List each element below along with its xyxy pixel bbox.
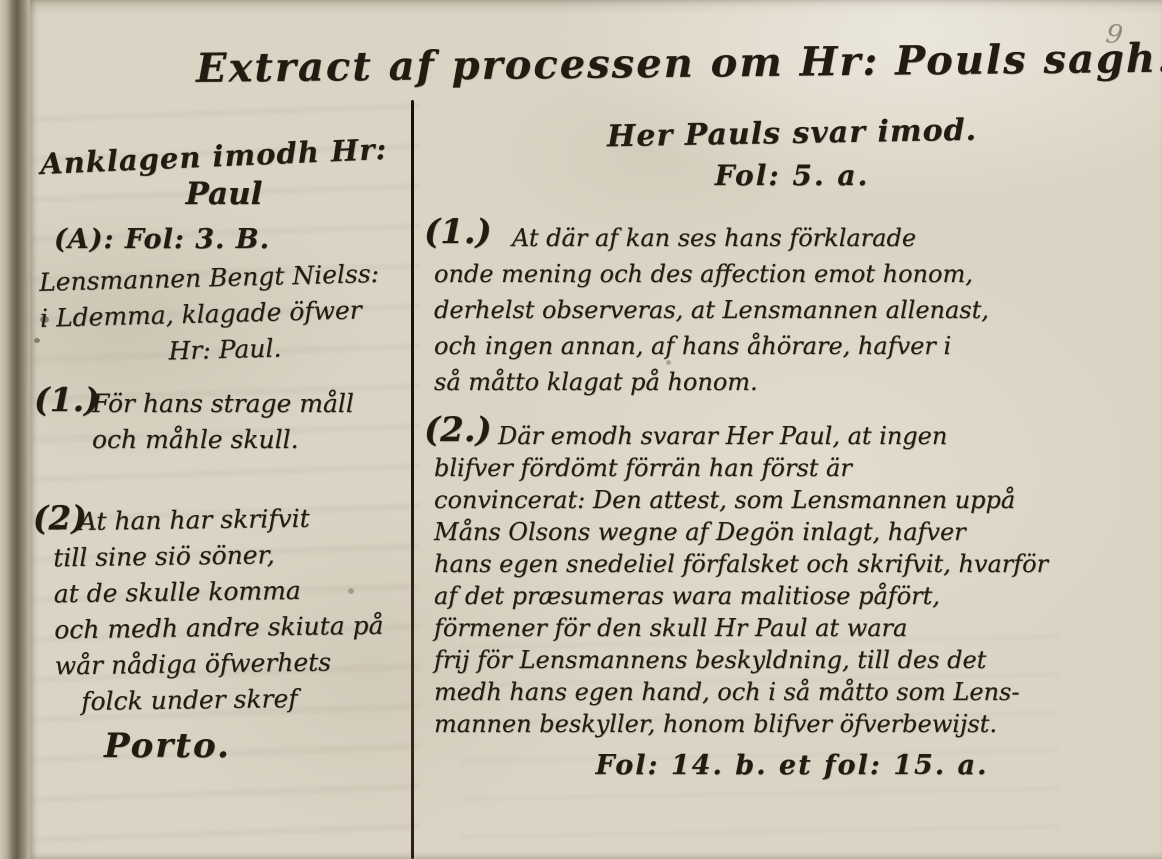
text-line: Måns Olsons wegne af Degön inlagt, hafve… <box>434 516 1150 548</box>
text-line: onde mening och des affection emot honom… <box>434 256 1150 292</box>
accusation-intro: Lensmannen Bengt Nielss: i Ldemma, klaga… <box>39 255 410 373</box>
accusation-heading-line2: Paul <box>40 176 408 212</box>
answer-folio: Fol: 5. a. <box>434 158 1150 194</box>
text-line: blifver fördömt förrän han först är <box>434 452 1150 484</box>
answer-heading: Her Pauls svar imod. <box>434 110 1151 158</box>
text-line: medh hans egen hand, och i så måtto som … <box>434 676 1150 708</box>
text-line: frij för Lensmannens beskyldning, till d… <box>434 644 1150 676</box>
text-line: af det præsumeras wara malitiose påfört, <box>434 580 1150 612</box>
closing-word: Porto. <box>104 728 408 764</box>
text-line: till sine siö söner, <box>53 535 407 576</box>
text-line: och måhle skull. <box>92 422 408 458</box>
accusation-point-1: (1.) För hans strage måll och måhle skul… <box>40 386 408 458</box>
text-line: wår nådiga öfwerhets <box>55 643 409 684</box>
answer-point-2: (2.) Där emodh svarar Her Paul, at ingen… <box>434 420 1150 740</box>
text-line: hans egen snedeliel förfalsket och skrif… <box>434 548 1150 580</box>
folio-footer-reference: Fol: 14. b. et fol: 15. a. <box>434 748 1150 784</box>
manuscript-photo: 9 Extract af processen om Hr: Pouls sagh… <box>0 0 1162 859</box>
text-line: folck under skref <box>81 679 409 720</box>
item-marker: (2) <box>32 500 87 537</box>
text-line: At där af kan ses hans förklarade <box>434 220 1150 256</box>
right-column-answer: Her Pauls svar imod. Fol: 5. a. (1.) At … <box>434 116 1150 784</box>
column-divider-rule <box>411 100 414 859</box>
text-line: så måtto klagat på honom. <box>434 364 1150 400</box>
folio-reference: (A): Fol: 3. B. <box>54 222 408 258</box>
accusation-point-2: (2) At han har skrifvit till sine siö sö… <box>39 499 410 720</box>
text-line: och ingen annan, af hans åhörare, hafver… <box>434 328 1150 364</box>
item-marker: (1.) <box>424 214 492 250</box>
left-column-accusation: Anklagen imodh Hr: Paul (A): Fol: 3. B. … <box>40 138 408 764</box>
text-line: förmener för den skull Hr Paul at wara <box>434 612 1150 644</box>
item-marker: (2.) <box>424 414 492 446</box>
page-title: Extract af processen om Hr: Pouls sagh. <box>196 35 1126 92</box>
text-line: och medh andre skiuta på <box>54 607 408 648</box>
accusation-heading-line1: Anklagen imodh Hr: <box>39 130 408 182</box>
text-line: At han har skrifvit <box>79 499 407 540</box>
text-line: at de skulle komma <box>54 571 408 612</box>
text-line: Där emodh svarar Her Paul, at ingen <box>434 420 1150 452</box>
item-marker: (1.) <box>34 382 100 418</box>
answer-point-1: (1.) At där af kan ses hans förklarade o… <box>434 220 1150 400</box>
text-line: convincerat: Den attest, som Lensmannen … <box>434 484 1150 516</box>
text-line: derhelst observeras, at Lensmannen allen… <box>434 292 1150 328</box>
text-line: För hans strage måll <box>92 386 408 422</box>
text-line: mannen beskyller, honom blifver öfverbew… <box>434 708 1150 740</box>
